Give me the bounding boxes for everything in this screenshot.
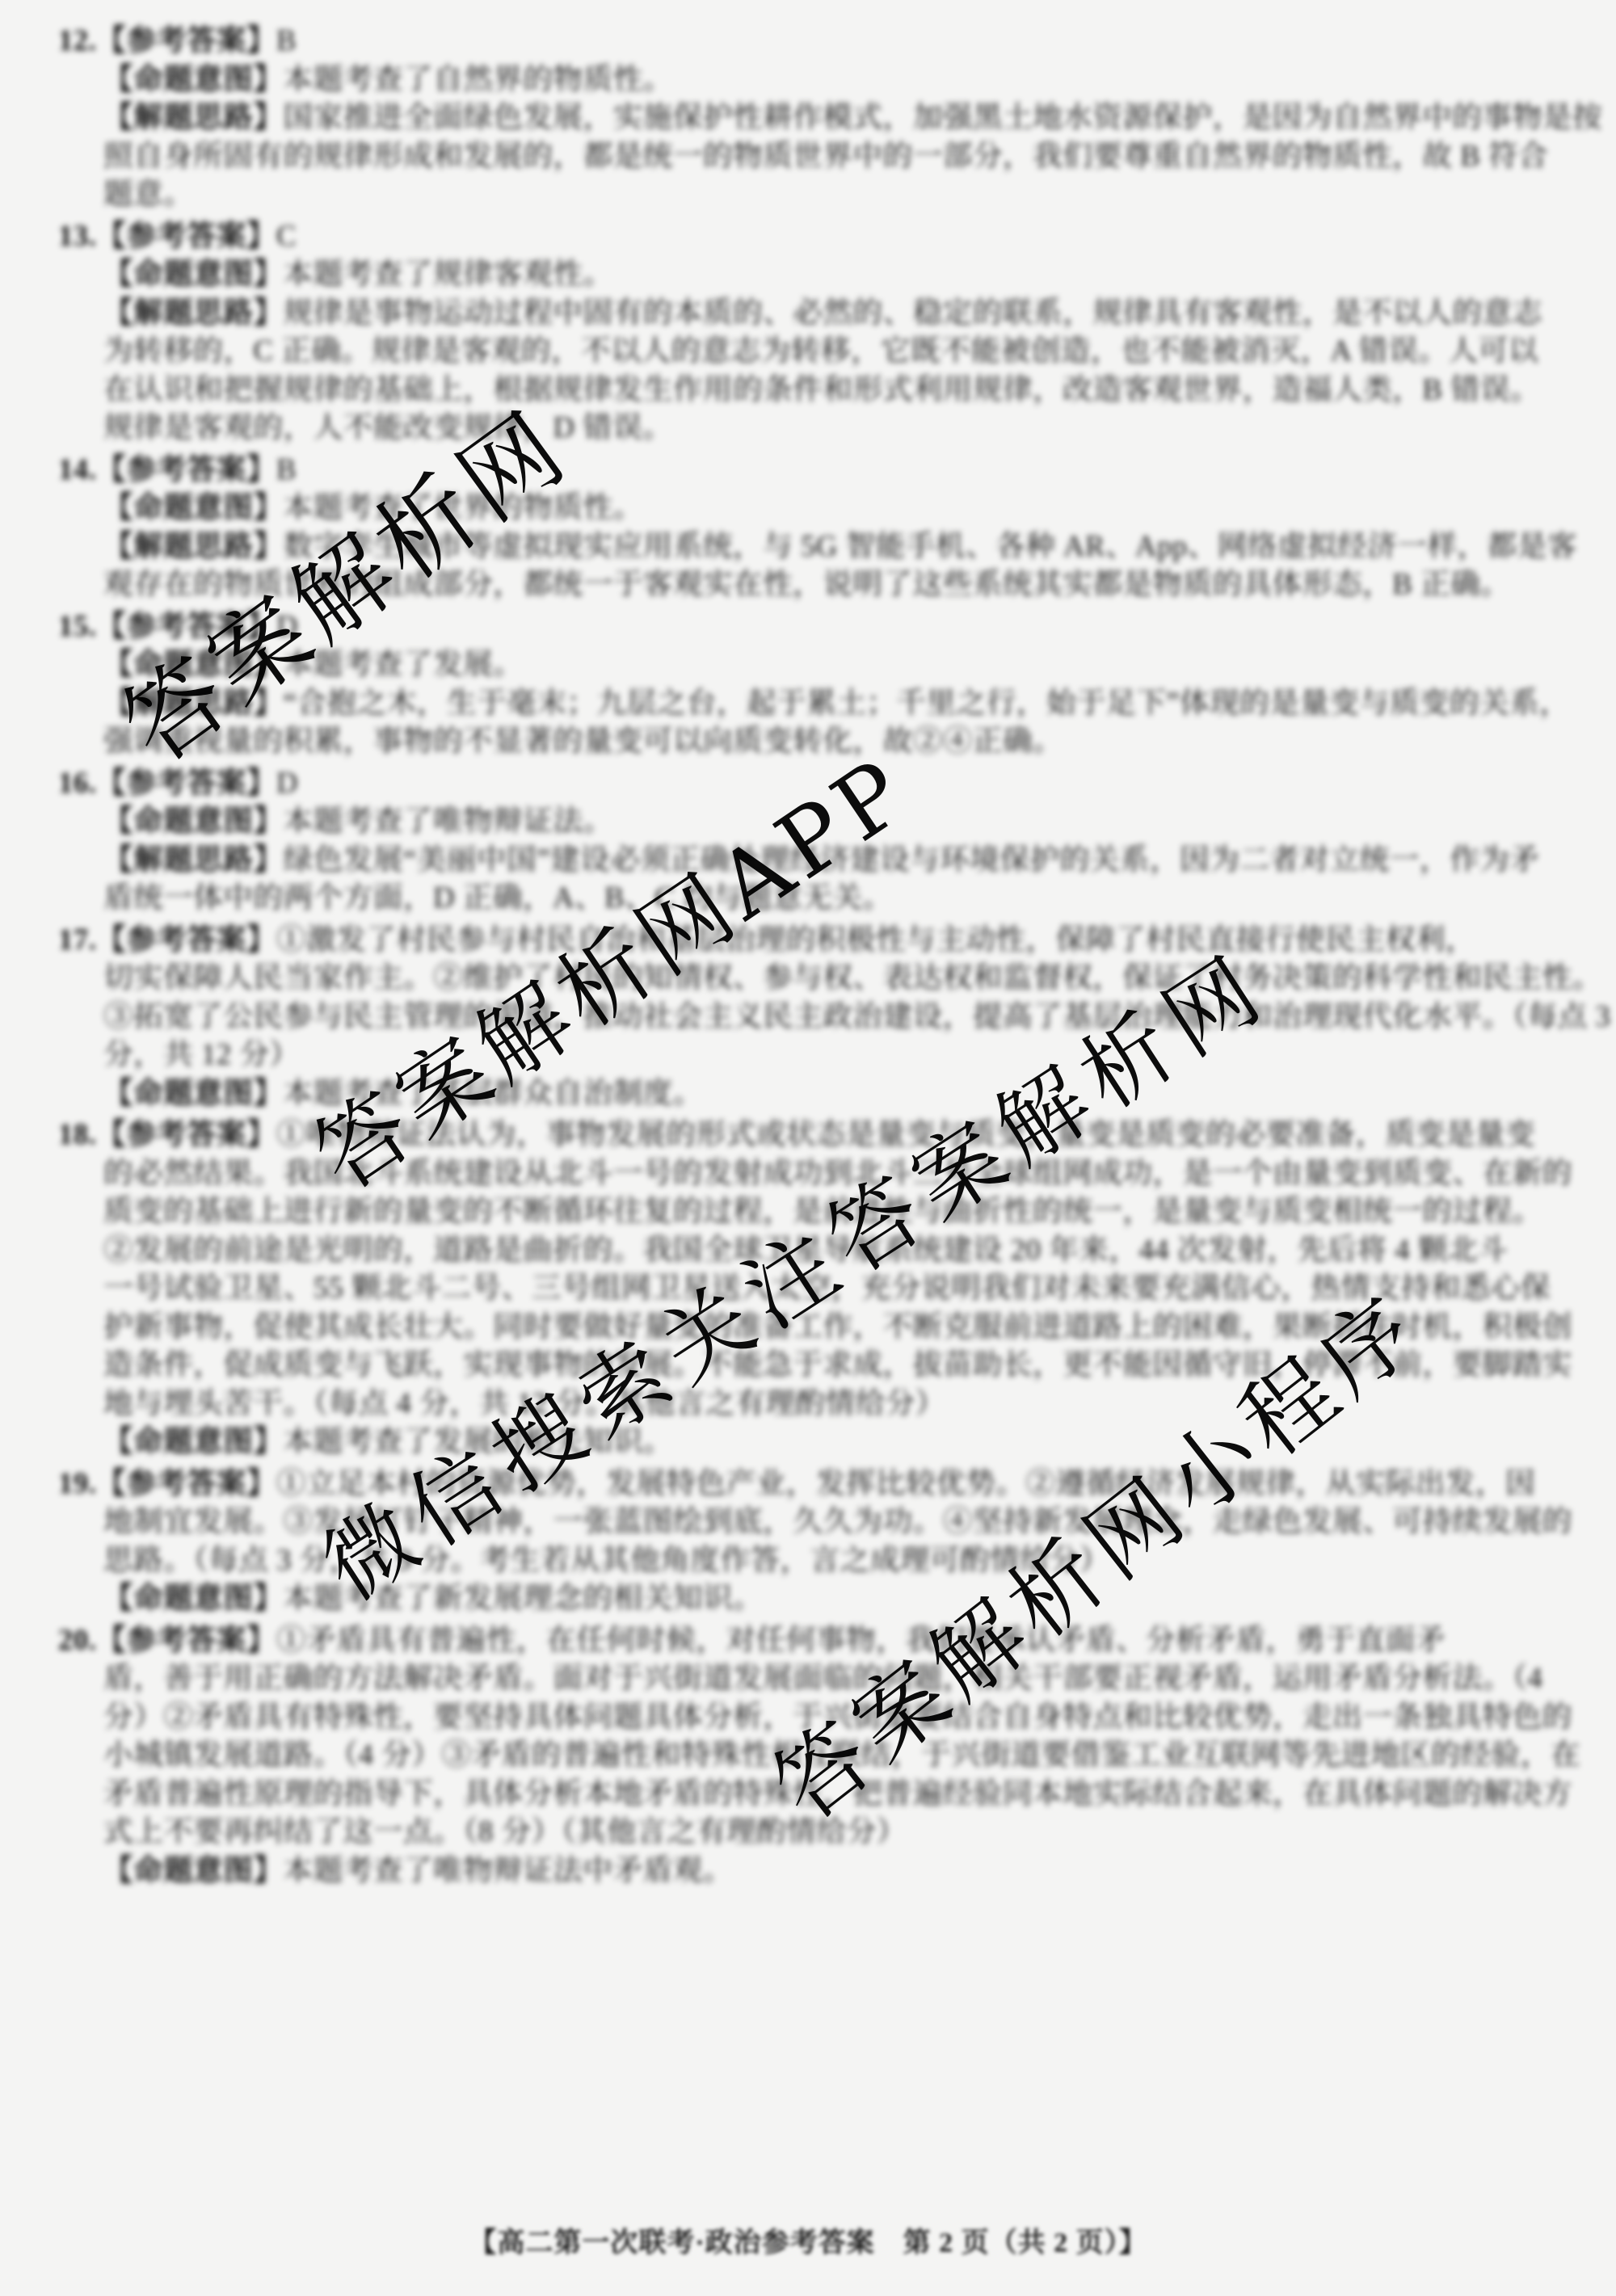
text-line: 【命题意图】本题考查了世界的物质性。	[103, 488, 1561, 527]
answer-item-13: 13.【参考答案】C【命题意图】本题考查了规律客观性。【解题思路】规律是事物运动…	[58, 217, 1561, 447]
text-line: 在认识和把握规律的基础上，根据规律发生作用的条件和形式利用规律，改造客观世界，造…	[103, 370, 1561, 409]
scanned-answer-page: 12.【参考答案】B【命题意图】本题考查了自然界的物质性。【解题思路】国家推进全…	[0, 0, 1616, 2296]
text-line: 规律是客观的，人不能改变规律，D 错误。	[103, 408, 1561, 447]
text-line: 分，共 12 分）	[103, 1035, 1561, 1074]
text-line: 【命题意图】本题考查了新发展理念的相关知识。	[103, 1579, 1561, 1617]
page-footer: 【高二第一次联考·政治参考答案 第 2 页（共 2 页）】	[0, 2220, 1616, 2260]
text-line: 盾，善于用正确的方法解决矛盾。面对于兴街道发展面临的问题，相关干部要正视矛盾，运…	[103, 1659, 1561, 1697]
text-line: 13.【参考答案】C	[58, 217, 1561, 255]
text-line: 12.【参考答案】B	[58, 21, 1561, 60]
text-line: 19.【参考答案】①立足本村的资源优势，发展特色产业，发挥比较优势。②遵循经济发…	[58, 1464, 1561, 1503]
text-line: 强调重视量的积累，事物的不显著的量变可以向质变转化，故②④正确。	[103, 721, 1561, 760]
text-line: 17.【参考答案】①激发了村民参与村民自治和基层治理的积极性与主动性，保障了村民…	[58, 920, 1561, 959]
text-line: 14.【参考答案】B	[58, 450, 1561, 489]
text-line: 照自身所固有的规律形成和发展的，都是统一的物质世界中的一部分，我们要尊重自然界的…	[103, 137, 1561, 175]
answer-key-body: 12.【参考答案】B【命题意图】本题考查了自然界的物质性。【解题思路】国家推进全…	[58, 21, 1561, 1892]
text-line: 切实保障人民当家作主。②维护了村民的知情权、参与权、表达权和监督权，保证了村务决…	[103, 958, 1561, 997]
text-line: 题意。	[103, 175, 1561, 213]
text-line: 20.【参考答案】①矛盾具有普遍性，在任何时候，对任何事物，我们要承认矛盾、分析…	[58, 1621, 1561, 1659]
answer-item-12: 12.【参考答案】B【命题意图】本题考查了自然界的物质性。【解题思路】国家推进全…	[58, 21, 1561, 213]
text-line: 【解题思路】国家推进全面绿色发展，实施保护性耕作模式，加强黑土地水资源保护，是因…	[103, 98, 1561, 137]
text-line: 18.【参考答案】①唯物辩证法认为，事物发展的形式或状态是量变与质变，量变是质变…	[58, 1115, 1561, 1154]
text-line: 【命题意图】本题考查了自然界的物质性。	[103, 60, 1561, 99]
text-line: ③拓宽了公民参与民主管理的渠道，推动社会主义民主政治建设，提高了基层治理能力和治…	[103, 997, 1561, 1036]
text-line: 【命题意图】本题考查了唯物辩证法中矛盾观。	[103, 1851, 1561, 1890]
text-line: 为转移的，C 正确。规律是客观的，不以人的意志为转移，它既不能被创造，也不能被消…	[103, 331, 1561, 370]
text-line: 【解题思路】规律是事物运动过程中固有的本质的、必然的、稳定的联系，规律具有客观性…	[103, 293, 1561, 332]
text-line: 【解题思路】“合抱之木，生于毫末；九层之台，起于累土；千里之行，始于足下”体现的…	[103, 683, 1561, 722]
text-line: 【命题意图】本题考查了规律客观性。	[103, 254, 1561, 293]
answer-item-19: 19.【参考答案】①立足本村的资源优势，发展特色产业，发挥比较优势。②遵循经济发…	[58, 1464, 1561, 1617]
answer-item-17: 17.【参考答案】①激发了村民参与村民自治和基层治理的积极性与主动性，保障了村民…	[58, 920, 1561, 1112]
